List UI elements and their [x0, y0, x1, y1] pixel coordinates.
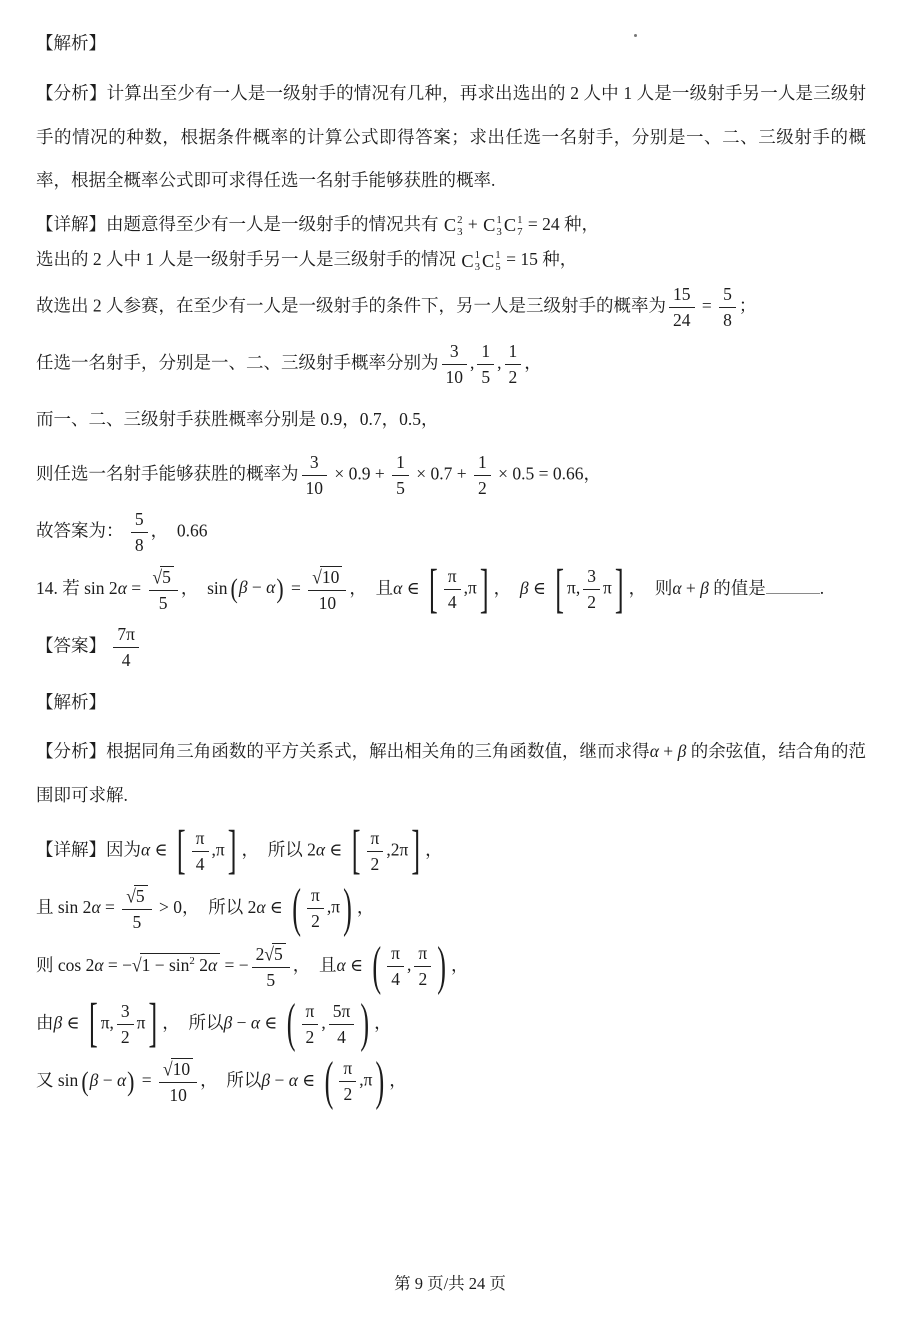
denominator: 2	[307, 909, 324, 932]
open-fence-icon: [	[555, 555, 564, 625]
close-fence-icon: )	[343, 874, 352, 944]
text-run: 2	[509, 367, 518, 387]
formula-line: 由β ∈ [π,32π]， 所以β − α ∈ (π2,5π4)，	[36, 1001, 866, 1048]
text-run: 又 sin	[36, 1070, 78, 1090]
comb-base: C	[444, 214, 456, 238]
bracket-group: [π,32π]	[86, 1001, 160, 1048]
numerator: 15	[669, 284, 695, 308]
fraction: π2	[307, 885, 324, 932]
numerator: 1	[474, 452, 491, 476]
fraction: √1010	[159, 1058, 197, 1106]
comb-scripts: 13	[475, 249, 480, 274]
text-run: 8	[723, 310, 732, 330]
close-fence-icon: ]	[411, 816, 420, 886]
text-run: ，	[389, 1070, 407, 1090]
document-page: 【解析】【分析】计算出至少有一人是一级射手的情况有几种，再求出选出的 2 人中 …	[0, 0, 900, 1106]
math-variable: β	[261, 1070, 270, 1090]
radicand: 1 − sin2 2α	[140, 953, 221, 977]
numerator: √5	[149, 566, 178, 591]
numerator: √10	[308, 566, 346, 591]
comb-scripts: 17	[517, 214, 522, 239]
formula-line: 又 sin(β − α) = √1010， 所以β − α ∈ (π2,π)，	[36, 1058, 866, 1106]
text-run: 【解析】	[36, 33, 106, 53]
paragraph: 【分析】根据同角三角函数的平方关系式，解出相关角的三角函数值，继而求得α + β…	[36, 730, 866, 818]
text-run: = 15 种，	[502, 249, 578, 269]
fraction: 310	[442, 341, 468, 388]
paragraph: 【解析】	[36, 681, 866, 725]
numerator: 1	[392, 452, 409, 476]
text-run: 5	[159, 593, 168, 613]
denominator: 2	[474, 476, 491, 499]
math-variable: α	[141, 839, 150, 859]
close-fence-icon: ]	[480, 555, 489, 625]
text-run: ,π	[212, 839, 225, 859]
text-run: × 0.7 +	[412, 463, 471, 483]
denominator: 2	[302, 1025, 319, 1048]
bracket-group: [π2,2π]	[349, 828, 423, 875]
text-run: 10	[306, 478, 324, 498]
text-run: ， 且	[349, 578, 393, 598]
text-run: 3	[450, 341, 459, 361]
radicand: 10	[171, 1058, 194, 1080]
comb-base: C	[504, 214, 516, 238]
text-run: 1	[478, 452, 487, 472]
text-run: 1	[396, 452, 405, 472]
paragraph: 【解析】	[36, 22, 866, 66]
math-variable: β	[700, 578, 709, 598]
radicand: 10	[320, 566, 343, 588]
text-run: 2	[418, 969, 427, 989]
math-variable: α	[672, 578, 681, 598]
text-run: 24	[673, 310, 691, 330]
denominator: 2	[505, 365, 522, 388]
text-run: ， 所以	[162, 1012, 223, 1032]
bracket-group: (π2,π)	[322, 1058, 388, 1105]
text-run: 5	[162, 567, 171, 587]
text-run: ，	[451, 955, 469, 975]
fraction: 310	[302, 452, 328, 499]
close-fence-icon: )	[437, 932, 446, 1002]
math-variable: α	[256, 897, 265, 917]
text-run: = −	[104, 955, 133, 975]
math-variable: β	[678, 741, 687, 761]
text-run: 2	[587, 592, 596, 612]
text-run: ，	[374, 1012, 392, 1032]
numerator: π	[192, 828, 209, 852]
text-run: ∈	[150, 839, 172, 859]
comb-subscript: 5	[495, 261, 500, 273]
math-variable: α	[650, 741, 659, 761]
numerator: 7π	[113, 624, 139, 648]
text-run: 1	[509, 341, 518, 361]
text-run: π	[306, 1001, 315, 1021]
text-run: ,	[470, 352, 474, 372]
formula-line: 【答案】 7π4	[36, 624, 866, 671]
text-run: 5	[396, 478, 405, 498]
text-run: ∈	[260, 1012, 282, 1032]
text-run: 2	[195, 955, 208, 975]
fraction: π2	[414, 943, 431, 990]
text-run: 2	[311, 911, 320, 931]
comb-base: C	[483, 214, 495, 238]
math-variable: α	[94, 955, 103, 975]
numerator: π	[367, 828, 384, 852]
formula-line: 则任选一名射手能够获胜的概率为310 × 0.9 + 15 × 0.7 + 12…	[36, 452, 866, 499]
text-run: 则任选一名射手能够获胜的概率为	[36, 463, 299, 483]
text-run: ， 且	[293, 955, 337, 975]
numerator: 3	[442, 341, 468, 365]
text-run: 5	[136, 886, 145, 906]
text-run: 2	[306, 1027, 315, 1047]
text-run: ，	[425, 839, 443, 859]
text-run: = −	[220, 955, 249, 975]
page-footer: 第 9 页/共 24 页	[0, 1270, 900, 1294]
numerator: 5	[131, 509, 148, 533]
text-run: +	[464, 214, 483, 234]
formula-line: 故答案为： 58， 0.66	[36, 509, 866, 556]
text-run: ；	[739, 295, 757, 315]
text-run: 4	[448, 592, 457, 612]
text-run: × 0.5 = 0.66，	[494, 463, 601, 483]
sqrt-icon: √	[132, 953, 142, 978]
fraction: π2	[339, 1058, 356, 1105]
math-variable: β	[224, 1012, 233, 1032]
text-run: π	[311, 885, 320, 905]
sqrt-icon: √	[163, 1058, 173, 1081]
text-run: 14. 若 sin 2	[36, 578, 118, 598]
text-run: +	[659, 741, 678, 761]
formula-line: 且 sin 2α = √55 > 0， 所以 2α ∈ (π2,π)，	[36, 885, 866, 933]
text-run: .	[820, 578, 824, 598]
fraction: 32	[583, 566, 600, 613]
text-run: 【详解】由题意得至少有一人是一级射手的情况共有	[36, 214, 443, 234]
text-run: 10	[319, 593, 337, 613]
comb-superscript: 1	[475, 249, 480, 261]
text-run: +	[682, 578, 701, 598]
denominator: 8	[719, 308, 736, 331]
denominator: 5	[252, 968, 290, 991]
bracket-group: (π4,π2)	[369, 943, 449, 990]
text-run: =	[287, 578, 306, 598]
text-run: 选出的 2 人中 1 人是一级射手另一人是三级射手的情况	[36, 249, 460, 269]
denominator: 2	[583, 590, 600, 613]
math-variable: α	[266, 578, 275, 598]
open-fence-icon: [	[429, 555, 438, 625]
denominator: 4	[329, 1025, 355, 1048]
text-run: 10	[169, 1085, 187, 1105]
bracket-group: (β − α)	[230, 575, 285, 603]
text-run: 10	[446, 367, 464, 387]
denominator: 10	[308, 591, 346, 614]
open-fence-icon: (	[287, 989, 296, 1059]
text-run: ， 所以 2	[241, 839, 315, 859]
fraction: 5π4	[329, 1001, 355, 1048]
text-run: −	[248, 578, 267, 598]
fraction: 15	[477, 341, 494, 388]
numerator: 5π	[329, 1001, 355, 1025]
denominator: 10	[302, 476, 328, 499]
scan-artifact-dot	[634, 34, 637, 37]
text-run: ∈	[298, 1070, 320, 1090]
numerator: π	[302, 1001, 319, 1025]
fraction: π4	[192, 828, 209, 875]
text-run: 10	[322, 567, 340, 587]
text-run: 15	[673, 284, 691, 304]
math-variable: β	[239, 578, 248, 598]
math-variable: α	[118, 578, 127, 598]
text-run: = 24 种，	[524, 214, 600, 234]
text-run: 10	[173, 1059, 191, 1079]
radical: √5	[126, 886, 147, 906]
text-run: ,	[497, 352, 501, 372]
fraction: 58	[131, 509, 148, 556]
math-variable: α	[91, 897, 100, 917]
numerator: 5	[719, 284, 736, 308]
fraction: 15	[392, 452, 409, 499]
numerator: 3	[302, 452, 328, 476]
close-fence-icon: )	[360, 989, 369, 1059]
text-run: π	[137, 1012, 146, 1032]
comb-superscript: 1	[496, 214, 501, 226]
numerator: π	[444, 566, 461, 590]
text-run: 【分析】根据同角三角函数的平方关系式，解出相关角的三角函数值，继而求得	[36, 741, 650, 761]
math-variable: α	[251, 1012, 260, 1032]
denominator: 4	[387, 967, 404, 990]
math-variable: β	[520, 578, 529, 598]
radical: √5	[264, 944, 285, 964]
text-run: 5	[133, 912, 142, 932]
fraction: 12	[505, 341, 522, 388]
radical: √5	[153, 567, 174, 587]
text-run: 5	[266, 970, 275, 990]
denominator: 2	[339, 1082, 356, 1105]
sqrt-icon: √	[153, 566, 163, 589]
text-run: ∈	[325, 839, 347, 859]
close-fence-icon: ]	[228, 816, 237, 886]
text-run: π,	[567, 578, 580, 598]
text-run: π	[343, 1058, 352, 1078]
comb-subscript: 3	[475, 261, 480, 273]
numerator: √10	[159, 1058, 197, 1083]
denominator: 5	[477, 365, 494, 388]
combination-symbol: C17	[504, 214, 523, 239]
text-run: 2	[478, 478, 487, 498]
text-run: ，	[524, 352, 542, 372]
denominator: 10	[159, 1083, 197, 1106]
text-run: 的值是	[709, 578, 766, 598]
math-variable: β	[90, 1070, 99, 1090]
text-run: > 0， 所以 2	[155, 897, 257, 917]
text-run: π	[196, 828, 205, 848]
bracket-group: [π4,π]	[174, 828, 240, 875]
fraction: √1010	[308, 566, 346, 614]
math-variable: α	[117, 1070, 126, 1090]
fraction: 1524	[669, 284, 695, 331]
text-run: ， 则	[629, 578, 673, 598]
denominator: 8	[131, 533, 148, 556]
text-run: ∈	[402, 578, 424, 598]
text-run: 任选一名射手，分别是一、二、三级射手概率分别为	[36, 352, 439, 372]
text-run: 且 sin 2	[36, 897, 91, 917]
text-run: 故答案为：	[36, 520, 128, 540]
denominator: 5	[149, 591, 178, 614]
fraction: 12	[474, 452, 491, 499]
text-run: 【解析】	[36, 692, 106, 712]
denominator: 10	[442, 365, 468, 388]
fraction: 7π4	[113, 624, 139, 671]
denominator: 2	[414, 967, 431, 990]
numerator: 1	[505, 341, 522, 365]
text-run: ， sin	[181, 578, 228, 598]
formula-line: 【详解】由题意得至少有一人是一级射手的情况共有 C23 + C13C17 = 2…	[36, 213, 866, 238]
math-variable: α	[337, 955, 346, 975]
comb-subscript: 3	[457, 226, 462, 238]
text-run: ,π	[464, 578, 477, 598]
denominator: 5	[122, 910, 151, 933]
text-run: π	[603, 578, 612, 598]
math-variable: α	[208, 955, 217, 975]
bracket-group: [π,32π]	[552, 566, 626, 613]
text-run: =	[127, 578, 146, 598]
text-run: 3	[310, 452, 319, 472]
text-run: −	[98, 1070, 117, 1090]
text-run: 7π	[117, 624, 135, 644]
comb-superscript: 1	[495, 249, 500, 261]
text-run: 1	[481, 341, 490, 361]
sqrt-icon: √	[312, 566, 322, 589]
open-fence-icon: (	[372, 932, 381, 1002]
open-fence-icon: (	[231, 572, 238, 608]
numerator: 1	[477, 341, 494, 365]
comb-superscript: 2	[457, 214, 462, 226]
fraction: π4	[387, 943, 404, 990]
combination-symbol: C23	[444, 214, 463, 239]
close-fence-icon: ]	[615, 555, 624, 625]
numerator: π	[387, 943, 404, 967]
comb-subscript: 3	[496, 226, 501, 238]
math-variable: α	[316, 839, 325, 859]
radical: √10	[312, 567, 342, 587]
bracket-group: (π2,π)	[289, 885, 355, 932]
comb-superscript: 1	[517, 214, 522, 226]
comb-base: C	[482, 250, 494, 274]
text-run: =	[137, 1070, 156, 1090]
combination-symbol: C13	[483, 214, 502, 239]
fraction: 2√55	[252, 943, 290, 991]
numerator: π	[339, 1058, 356, 1082]
text-run: 【详解】因为	[36, 839, 141, 859]
denominator: 4	[113, 648, 139, 671]
close-fence-icon: ]	[149, 989, 158, 1059]
combination-symbol: C15	[482, 249, 501, 274]
radical: √10	[163, 1059, 193, 1079]
numerator: π	[307, 885, 324, 909]
text-run: π,	[101, 1012, 114, 1032]
text-run: ∈	[266, 897, 288, 917]
fraction: 32	[117, 1001, 134, 1048]
denominator: 2	[367, 852, 384, 875]
fraction: √55	[149, 566, 178, 614]
text-run: π	[448, 566, 457, 586]
text-run: ∈	[62, 1012, 84, 1032]
text-run: 8	[135, 535, 144, 555]
comb-subscript: 7	[517, 226, 522, 238]
text-run: 2	[343, 1084, 352, 1104]
comb-scripts: 13	[496, 214, 501, 239]
text-run: 2	[121, 1027, 130, 1047]
text-run: π	[418, 943, 427, 963]
open-fence-icon: [	[352, 816, 361, 886]
text-run: 5	[135, 509, 144, 529]
text-run: 5π	[333, 1001, 351, 1021]
formula-line: 【详解】因为α ∈ [π4,π]， 所以 2α ∈ [π2,2π]，	[36, 828, 866, 875]
formula-line: 则 cos 2α = −√1 − sin2 2α = −2√55， 且α ∈ (…	[36, 943, 866, 991]
text-run: π	[371, 828, 380, 848]
text-run: 4	[391, 969, 400, 989]
text-run: 而一、二、三级射手获胜概率分别是 0.9，0.7，0.5，	[36, 409, 439, 429]
text-run: ， 0.66	[151, 520, 208, 540]
text-run: −	[270, 1070, 289, 1090]
text-run: ,2π	[386, 839, 408, 859]
formula-line: 14. 若 sin 2α = √55， sin(β − α) = √1010， …	[36, 566, 866, 614]
bracket-group: [π4,π]	[426, 566, 492, 613]
numerator: 2√5	[252, 943, 290, 968]
text-run: ，	[357, 897, 375, 917]
formula-line: 任选一名射手，分别是一、二、三级射手概率分别为310,15,12，	[36, 341, 866, 388]
numerator: π	[414, 943, 431, 967]
radical: √1 − sin2 2α	[132, 955, 220, 975]
answer-blank	[766, 575, 820, 593]
comb-scripts: 15	[495, 249, 500, 274]
text-run: 4	[337, 1027, 346, 1047]
fraction: π2	[367, 828, 384, 875]
sqrt-icon: √	[264, 943, 274, 966]
text-run: 1 − sin	[142, 955, 190, 975]
text-run: 5	[723, 284, 732, 304]
math-variable: α	[289, 1070, 298, 1090]
text-run: ，	[494, 578, 520, 598]
open-fence-icon: [	[177, 816, 186, 886]
comb-base: C	[461, 250, 473, 274]
text-run: ,π	[327, 897, 340, 917]
text-run: π	[391, 943, 400, 963]
text-run: 4	[196, 854, 205, 874]
text-run: 5	[481, 367, 490, 387]
formula-line: 故选出 2 人参赛，在至少有一人是一级射手的条件下，另一人是三级射手的概率为15…	[36, 284, 866, 331]
text-run: 5	[274, 944, 283, 964]
text-run: ∈	[529, 578, 551, 598]
numerator: √5	[122, 885, 151, 910]
combination-symbol: C13	[461, 249, 480, 274]
fraction: π2	[302, 1001, 319, 1048]
numerator: 3	[117, 1001, 134, 1025]
fraction: √55	[122, 885, 151, 933]
text-run: ,π	[359, 1070, 372, 1090]
text-run: 故选出 2 人参赛，在至少有一人是一级射手的条件下，另一人是三级射手的概率为	[36, 295, 666, 315]
text-run: ， 所以	[200, 1070, 261, 1090]
math-variable: α	[393, 578, 402, 598]
text-run: 由	[36, 1012, 54, 1032]
text-run: 3	[587, 566, 596, 586]
paragraph: 而一、二、三级射手获胜概率分别是 0.9，0.7，0.5，	[36, 398, 866, 442]
text-run: 4	[122, 650, 131, 670]
denominator: 24	[669, 308, 695, 331]
formula-line: 选出的 2 人中 1 人是一级射手另一人是三级射手的情况 C13C15 = 15…	[36, 248, 866, 273]
math-variable: β	[54, 1012, 63, 1032]
denominator: 2	[117, 1025, 134, 1048]
sqrt-icon: √	[126, 885, 136, 908]
text-run: 【答案】	[36, 635, 110, 655]
